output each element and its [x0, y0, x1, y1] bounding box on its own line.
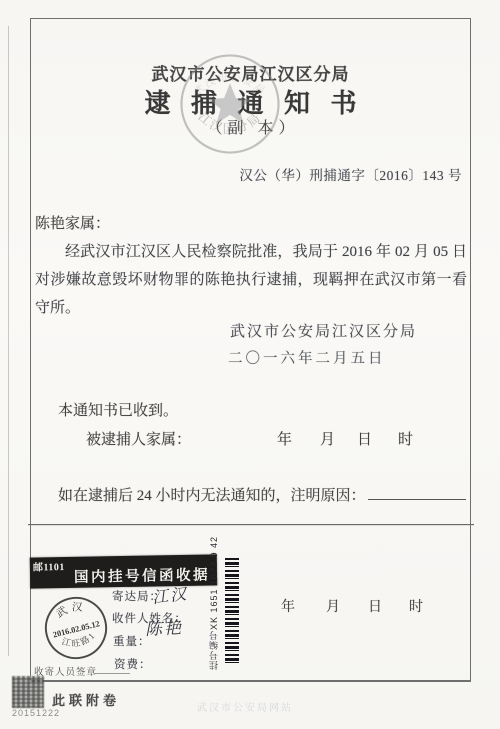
receipt-unit-hour: 时 — [409, 596, 423, 616]
unit-year: 年 — [277, 428, 292, 449]
document-number: 汉公（华）刑捕通字〔2016〕143 号 — [239, 164, 462, 184]
postmark-city: 武汉 — [53, 597, 89, 621]
destination-office-handwritten: 江汉 — [151, 581, 190, 608]
section-divider-line — [28, 524, 474, 525]
document-subtitle-copy: （副 本） — [30, 115, 471, 138]
postage-label: 资费： — [114, 656, 152, 672]
postal-form-number: 邮1101 — [33, 558, 65, 574]
signature-date: 二〇一六年二月五日 — [228, 347, 386, 368]
registered-mail-number: 挂号编号XK 1651 1022 9 42 — [207, 552, 220, 670]
reason-blank-underline — [368, 485, 466, 500]
letter-body-paragraph: 经武汉市江汉区人民检察院批准，我局于 2016 年 02 月 05 日对涉嫌故意… — [35, 238, 467, 322]
clerk-signature-line — [94, 673, 130, 674]
scan-edge-line — [8, 26, 9, 656]
attach-to-file-note: 此联附卷 — [52, 690, 120, 709]
unit-month: 月 — [320, 428, 335, 449]
receipt-unit-day: 日 — [368, 596, 382, 616]
addressee-line: 陈艳家属： — [35, 212, 110, 233]
postal-receipt-title: 国内挂号信函收据 — [74, 563, 210, 586]
arrested-family-label: 被逮捕人家属： — [86, 428, 191, 449]
form-print-code: 20151222 — [12, 708, 60, 718]
signature-org: 武汉市公安局江汉区分局 — [230, 320, 417, 341]
faint-watermark: 武汉市公安局网站 — [160, 699, 330, 714]
unit-hour: 时 — [398, 428, 413, 449]
qr-code-smudge — [12, 676, 44, 708]
received-statement: 本通知书已收到。 — [58, 399, 178, 420]
reason-line: 如在逮捕后 24 小时内无法通知的，注明原因： — [58, 484, 466, 505]
receipt-unit-month: 月 — [326, 596, 340, 616]
reason-label: 如在逮捕后 24 小时内无法通知的，注明原因： — [58, 488, 366, 504]
postal-receipt-header-bar: 邮1101 国内挂号信函收据 — [30, 554, 218, 588]
recipient-name-handwritten: 陈艳 — [144, 613, 183, 640]
receipt-unit-year: 年 — [281, 596, 295, 616]
issuing-authority-header: 武汉市公安局江汉区分局 — [30, 60, 471, 85]
unit-day: 日 — [357, 428, 372, 449]
barcode — [225, 558, 239, 663]
